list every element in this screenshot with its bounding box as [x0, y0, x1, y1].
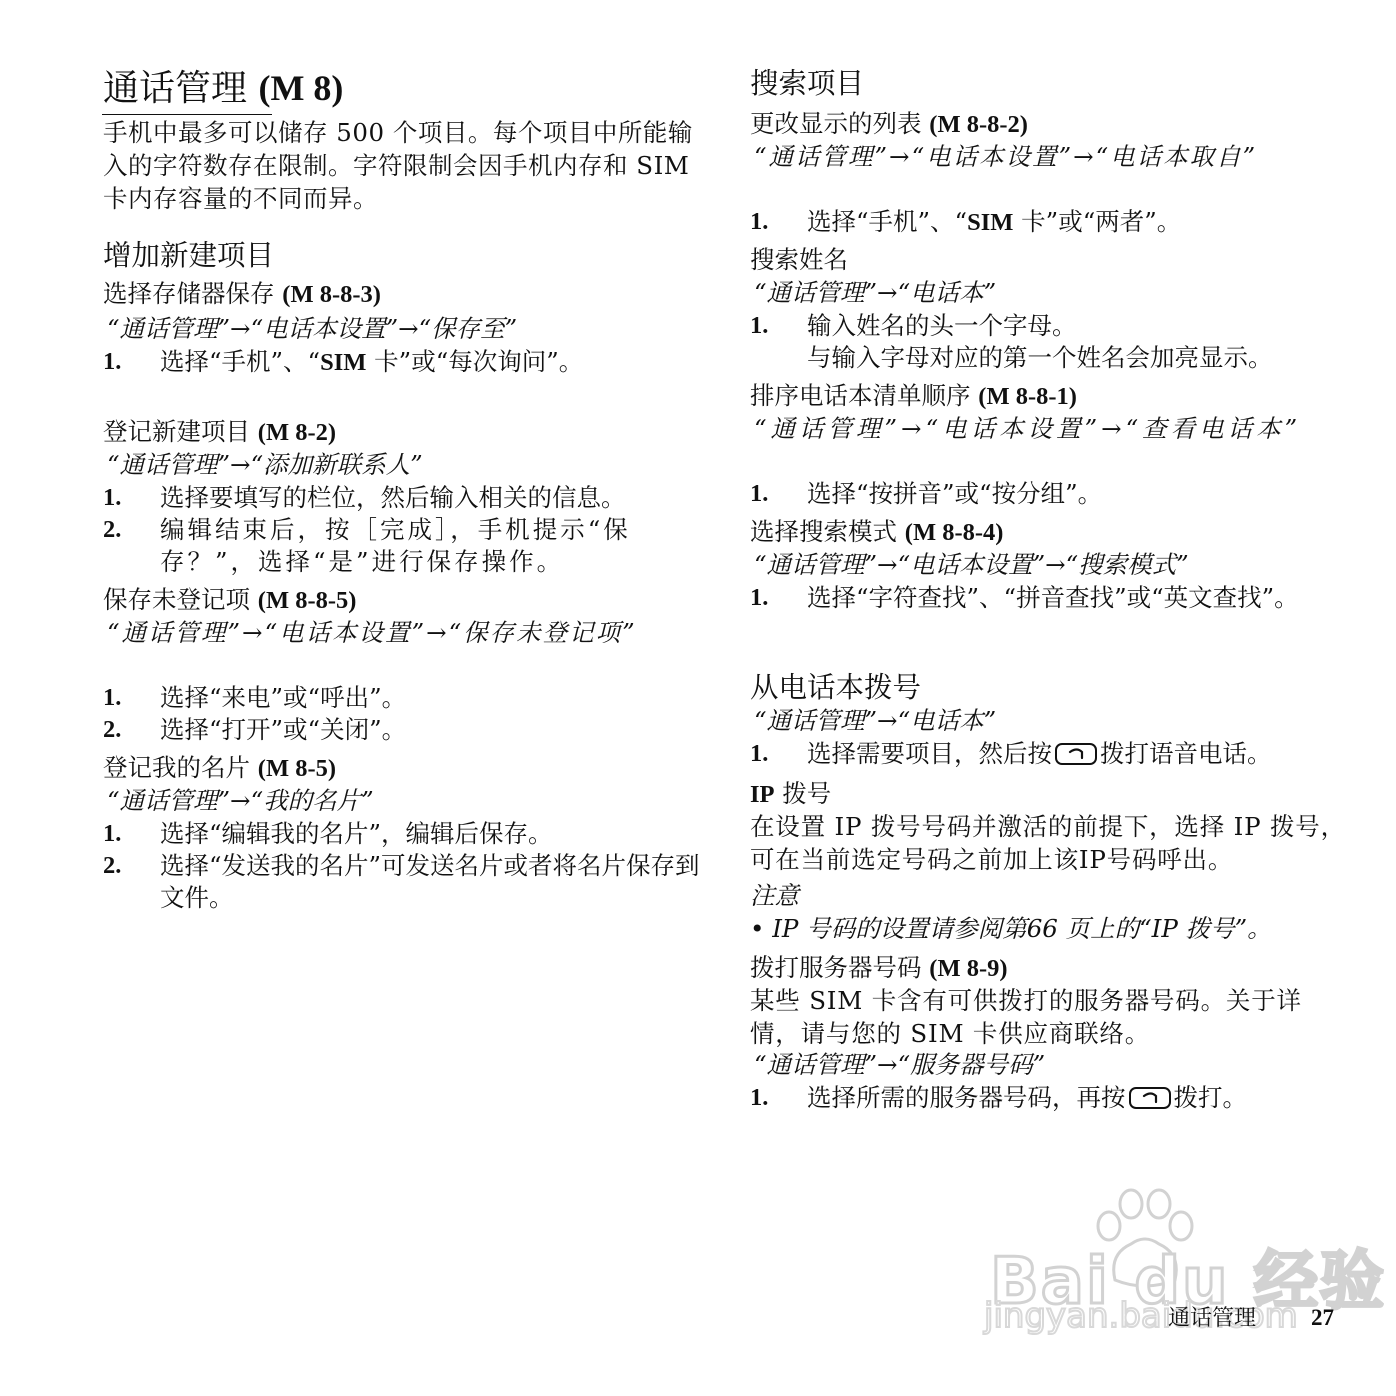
menu-code: (M 8-8-2) — [929, 111, 1028, 138]
step-number: 1. — [103, 482, 121, 514]
subheading-my-card: 登记我的名片 (M 8-5) — [103, 752, 336, 785]
subheading-sort-order: 排序电话本清单顺序 (M 8-8-1) — [750, 380, 1077, 413]
step-item: 2. 选择“发送我的名片”可发送名片或者将名片保存到文件。 — [103, 850, 703, 914]
step-text-post: 拨打语音电话。 — [1100, 739, 1272, 768]
step-number: 1. — [103, 346, 121, 378]
step-text: 选择“按拼音”或“按分组”。 — [807, 478, 1350, 510]
step-item: 1. 选择“按拼音”或“按分组”。 — [750, 478, 1350, 510]
menu-path: “通话管理”→“电话本设置”→“电话本取自” — [754, 141, 1354, 173]
menu-code: (M 8-8-3) — [282, 281, 381, 308]
subheading-text: 登记我的名片 — [103, 753, 258, 782]
subheading-text: 选择存储器保存 — [103, 279, 282, 308]
subheading-text: 保存未登记项 — [103, 585, 258, 614]
step-number: 2. — [103, 850, 121, 882]
page-title-menu-code: (M 8) — [258, 68, 343, 108]
step-number: 1. — [750, 1082, 768, 1114]
menu-path: “通话管理”→“电话本设置”→“查看电话本” — [754, 413, 1354, 445]
step-number: 1. — [750, 582, 768, 614]
ip-dial-paragraph: 在设置 IP 拨号号码并激活的前提下，选择 IP 拨号，可在当前选定号码之前加上… — [750, 810, 1350, 876]
call-key-icon — [1055, 743, 1097, 765]
step-item: 1. 选择“字符查找”、“拼音查找”或“英文查找”。 — [750, 582, 1350, 614]
subheading-service-number: 拨打服务器号码 (M 8-9) — [750, 952, 1008, 985]
step-number: 1. — [750, 310, 768, 342]
subheading-search-name: 搜索姓名 — [750, 244, 848, 276]
step-text-post: 卡”或“两者”。 — [1013, 207, 1181, 236]
step-number: 1. — [103, 682, 121, 714]
step-text-pre: 选择“手机”、“ — [160, 347, 320, 376]
menu-code: (M 8-8-4) — [905, 519, 1004, 546]
step-item: 1. 选择需要项目，然后按拨打语音电话。 — [750, 738, 1350, 770]
menu-code: (M 8-2) — [258, 419, 336, 446]
menu-path: “通话管理”→“电话本设置”→“保存至” — [107, 313, 517, 345]
step-text-post: 拨打。 — [1174, 1083, 1248, 1112]
subheading-text: 选择搜索模式 — [750, 517, 905, 546]
subheading-text: 登记新建项目 — [103, 417, 258, 446]
menu-code: (M 8-8-1) — [978, 383, 1077, 410]
subheading-select-memory: 选择存储器保存 (M 8-8-3) — [103, 278, 381, 311]
step-text: 选择“发送我的名片”可发送名片或者将名片保存到文件。 — [160, 850, 703, 914]
step-text: 选择“字符查找”、“拼音查找”或“英文查找”。 — [807, 582, 1350, 614]
note-item: • IP 号码的设置请参阅第66 页上的“IP 拨号”。 — [750, 913, 1272, 945]
subheading-register-new: 登记新建项目 (M 8-2) — [103, 416, 336, 449]
step-item: 1. 选择要填写的栏位，然后输入相关的信息。 — [103, 482, 703, 514]
step-subtext: 与输入字母对应的第一个姓名会加亮显示。 — [807, 342, 1350, 374]
step-number: 1. — [750, 206, 768, 238]
step-text: 选择要填写的栏位，然后输入相关的信息。 — [160, 482, 703, 514]
step-number: 1. — [750, 478, 768, 510]
step-number: 1. — [750, 738, 768, 770]
page-number: 27 — [1311, 1303, 1334, 1333]
subheading-text: 排序电话本清单顺序 — [750, 381, 978, 410]
menu-path: “通话管理”→“电话本设置”→“搜索模式” — [754, 549, 1189, 581]
section-heading-dial: 从电话本拨号 — [750, 670, 921, 706]
step-number: 2. — [103, 714, 121, 746]
section-heading-add-new: 增加新建项目 — [103, 238, 274, 274]
step-item: 1. 选择“手机”、“SIM 卡”或“每次询问”。 — [103, 346, 648, 379]
step-item: 2. 选择“打开”或“关闭”。 — [103, 714, 703, 746]
menu-code: (M 8-9) — [929, 955, 1007, 982]
step-text: 选择“手机”、“SIM 卡”或“两者”。 — [807, 206, 1350, 239]
step-text: 选择“编辑我的名片”，编辑后保存。 — [160, 818, 703, 850]
menu-code: (M 8-8-5) — [258, 587, 357, 614]
step-text-pre: 选择“手机”、“ — [807, 207, 967, 236]
menu-code: (M 8-5) — [258, 755, 336, 782]
step-item: 1. 选择“来电”或“呼出”。 — [103, 682, 703, 714]
step-text-sim: SIM — [967, 209, 1013, 236]
service-number-paragraph: 某些 SIM 卡含有可供拨打的服务器号码。关于详情，请与您的 SIM 卡供应商联… — [750, 984, 1350, 1050]
call-key-icon — [1129, 1087, 1171, 1109]
step-item: 1. 选择“手机”、“SIM 卡”或“两者”。 — [750, 206, 1350, 239]
paw-icon — [1085, 1188, 1205, 1298]
step-number: 1. — [103, 818, 121, 850]
step-item: 2. 编辑结束后，按［完成］，手机提示“保存？”，选择“是”进行保存操作。 — [103, 514, 703, 578]
intro-paragraph: 手机中最多可以储存 500 个项目。每个项目中所能输入的字符数存在限制。字符限制… — [103, 116, 703, 215]
menu-path: “通话管理”→“电话本” — [754, 277, 996, 309]
step-text: 选择需要项目，然后按拨打语音电话。 — [807, 738, 1350, 770]
step-text: 选择“打开”或“关闭”。 — [160, 714, 703, 746]
baidu-watermark: Bai du 经验 jingyan.baidu.com — [990, 1190, 1320, 1340]
subheading-save-unregistered: 保存未登记项 (M 8-8-5) — [103, 584, 356, 617]
menu-path: “通话管理”→“服务器号码” — [754, 1049, 1045, 1081]
subheading-text: 拨号 — [775, 779, 832, 808]
title-underline — [102, 114, 272, 115]
step-text: 输入姓名的头一个字母。 — [807, 310, 1350, 342]
section-heading-search: 搜索项目 — [750, 66, 864, 102]
step-text-post: 卡”或“每次询问”。 — [366, 347, 583, 376]
step-text-pre: 选择所需的服务器号码，再按 — [807, 1083, 1126, 1112]
subheading-change-list: 更改显示的列表 (M 8-8-2) — [750, 108, 1028, 141]
menu-path: “通话管理”→“电话本” — [754, 705, 996, 737]
page-title: 通话管理 (M 8) — [103, 64, 343, 113]
subheading-text: 拨打服务器号码 — [750, 953, 929, 982]
subheading-latin: IP — [750, 781, 775, 808]
subheading-text: 更改显示的列表 — [750, 109, 929, 138]
step-text-sim: SIM — [320, 349, 366, 376]
page-title-text: 通话管理 — [103, 68, 258, 109]
step-number: 2. — [103, 514, 121, 546]
footer-chapter-label: 通话管理 — [1168, 1304, 1256, 1334]
note-heading: 注意 — [750, 880, 799, 912]
menu-path: “通话管理”→“电话本设置”→“保存未登记项” — [107, 617, 707, 649]
step-text: 选择“手机”、“SIM 卡”或“每次询问”。 — [160, 346, 648, 379]
step-text: 选择“来电”或“呼出”。 — [160, 682, 703, 714]
step-text: 选择所需的服务器号码，再按拨打。 — [807, 1082, 1350, 1114]
menu-path: “通话管理”→“添加新联系人” — [107, 449, 423, 481]
step-text-pre: 选择需要项目，然后按 — [807, 739, 1052, 768]
subheading-ip-dial: IP 拨号 — [750, 778, 831, 811]
step-item: 1. 选择“编辑我的名片”，编辑后保存。 — [103, 818, 703, 850]
step-text: 编辑结束后，按［完成］，手机提示“保存？”，选择“是”进行保存操作。 — [160, 514, 703, 578]
subheading-search-mode: 选择搜索模式 (M 8-8-4) — [750, 516, 1003, 549]
menu-path: “通话管理”→“我的名片” — [107, 785, 374, 817]
step-item: 1. 选择所需的服务器号码，再按拨打。 — [750, 1082, 1350, 1114]
step-item: 1. 输入姓名的头一个字母。 与输入字母对应的第一个姓名会加亮显示。 — [750, 310, 1350, 374]
